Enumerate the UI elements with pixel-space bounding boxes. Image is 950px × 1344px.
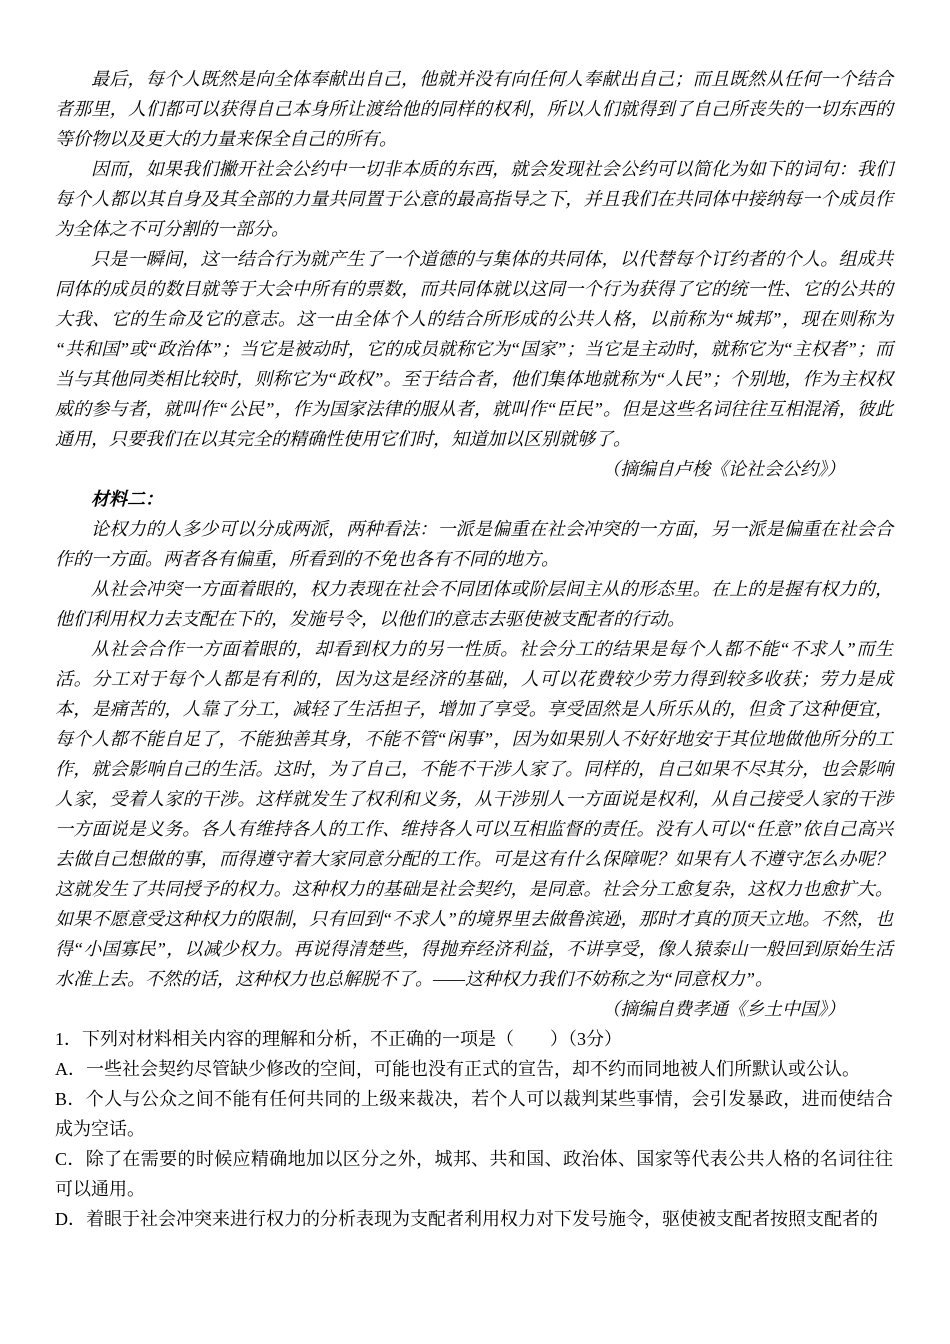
paragraph: 从社会冲突一方面着眼的，权力表现在社会不同团体或阶层间主从的形态里。在上的是握有…: [55, 574, 893, 634]
paragraph: 从社会合作一方面着眼的，却看到权力的另一性质。社会分工的结果是每个人都不能“不求…: [55, 634, 893, 994]
emphasized-text: 可以简化为: [656, 159, 747, 179]
text-segment: 因而，如果我们撇开社会公约中一切非本质的东西，就会发现社会公约: [91, 159, 656, 179]
paragraph: 论权力的人多少可以分成两派，两种看法：一派是偏重在社会冲突的一方面，另一派是偏重…: [55, 514, 893, 574]
option-b: B．个人与公众之间不能有任何共同的上级来裁决，若个人可以裁判某些事情，会引发暴政…: [55, 1084, 893, 1144]
paragraph: 最后，每个人既然是向全体奉献出自己，他就并没有向任何人奉献出自己；而且既然从任何…: [55, 64, 893, 154]
material-two: 材料二： 论权力的人多少可以分成两派，两种看法：一派是偏重在社会冲突的一方面，另…: [55, 484, 893, 1024]
paragraph: 只是一瞬间，这一结合行为就产生了一个道德的与集体的共同体，以代替每个订约者的个人…: [55, 244, 893, 454]
material-one: 最后，每个人既然是向全体奉献出自己，他就并没有向任何人奉献出自己；而且既然从任何…: [55, 64, 893, 484]
material-two-heading: 材料二：: [55, 484, 893, 514]
option-d: D．着眼于社会冲突来进行权力的分析表现为支配者利用权力对下发号施令，驱使被支配者…: [55, 1204, 893, 1234]
source-attribution: （摘编自卢梭《论社会公约》）: [55, 454, 893, 484]
paragraph: 因而，如果我们撇开社会公约中一切非本质的东西，就会发现社会公约可以简化为如下的词…: [55, 154, 893, 244]
option-a: A．一些社会契约尽管缺少修改的空间，可能也没有正式的宣告，却不约而同地被人们所默…: [55, 1054, 893, 1084]
source-attribution: （摘编自费孝通《乡土中国》）: [55, 994, 893, 1024]
question-1: 1．下列对材料相关内容的理解和分析，不正确的一项是（ ）（3分） A．一些社会契…: [55, 1024, 893, 1234]
option-c: C．除了在需要的时候应精确地加以区分之外，城邦、共和国、政治体、国家等代表公共人…: [55, 1144, 893, 1204]
question-stem: 1．下列对材料相关内容的理解和分析，不正确的一项是（ ）（3分）: [55, 1024, 893, 1054]
exam-page: 最后，每个人既然是向全体奉献出自己，他就并没有向任何人奉献出自己；而且既然从任何…: [0, 0, 950, 1344]
